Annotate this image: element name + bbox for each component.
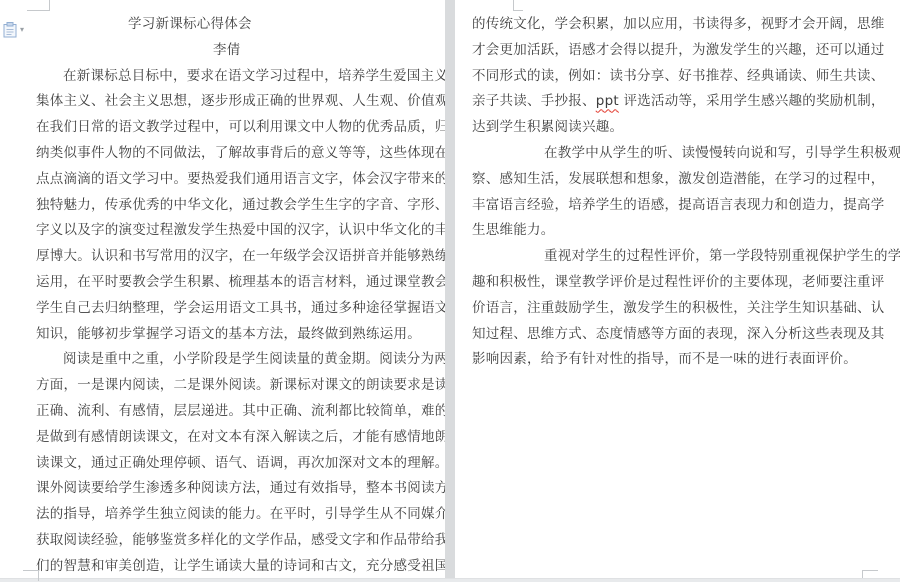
text-line: 重视对学生的过程性评价，第一学段特别重视保护学生的学习兴 — [472, 244, 874, 270]
text-line: 的传统文化，学会积累，加以应用，书读得多，视野才会开阔，思维 — [472, 12, 874, 38]
text-line: 亲子共读、手抄报、ppt 评选活动等，采用学生感兴趣的奖励机制， — [472, 89, 874, 115]
text-line: 才会更加活跃，语感才会得以提升，为激发学生的兴趣，还可以通过 — [472, 38, 874, 64]
text-line: 正确、流利、有感情，层层递进。其中正确、流利都比较简单，难的 — [36, 399, 438, 425]
text-line: 趣和积极性，课堂教学评价是过程性评价的主要体现，老师要注重评 — [472, 270, 874, 296]
text-line: 生思维能力。 — [472, 218, 874, 244]
chevron-down-icon: ▾ — [20, 26, 24, 34]
text-line: 影响因素，给予有针对性的指导，而不是一味的进行表面评价。 — [472, 347, 874, 373]
paste-options-button[interactable]: ▾ — [1, 21, 26, 39]
text-line: 课外阅读要给学生渗透多种阅读方法，通过有效指导，整本书阅读方 — [36, 476, 438, 502]
text-line: 读课文，通过正确处理停顿、语气、语调，再次加深对文本的理解。 — [36, 451, 438, 477]
text-line: 独特魅力，传承优秀的中华文化，通过教会学生生字的字音、字形、 — [36, 193, 438, 219]
margin-corner-mark — [27, 0, 50, 11]
text-span: 评选活动等，采用学生感兴趣的奖励机制， — [619, 93, 885, 109]
text-line: 在我们日常的语文教学过程中，可以利用课文中人物的优秀品质，归 — [36, 115, 438, 141]
text-line: 知过程、思维方式、态度情感等方面的表现，深入分析这些表现及其 — [472, 322, 874, 348]
text-line: 达到学生积累阅读兴趣。 — [472, 115, 874, 141]
text-line: 获取阅读经验，能够鉴赏多样化的文学作品，感受文字和作品带给我 — [36, 528, 438, 554]
document-viewport: 学习新课标心得体会 李倩 在新课标总目标中，要求在语文学习过程中，培养学生爱国主… — [0, 0, 900, 582]
margin-corner-mark — [23, 570, 39, 581]
page-divider — [445, 0, 455, 578]
text-line: 是做到有感情朗读课文，在对文本有深入解读之后，才能有感情地朗 — [36, 425, 438, 451]
margin-corner-mark — [513, 0, 523, 11]
page-2-lines: 的传统文化，学会积累，加以应用，书读得多，视野才会开阔，思维才会更加活跃，语感才… — [472, 12, 874, 373]
text-line: 方面，一是课内阅读，二是课外阅读。新课标对课文的朗读要求是读 — [36, 373, 438, 399]
page-1-lines: 学习新课标心得体会 李倩 在新课标总目标中，要求在语文学习过程中，培养学生爱国主… — [36, 12, 438, 578]
text-line: 阅读是重中之重，小学阶段是学生阅读量的黄金期。阅读分为两 — [36, 347, 438, 373]
text-line: 丰富语言经验，培养学生的语感，提高语言表现力和创造力，提高学 — [472, 193, 874, 219]
text-line: 点点滴滴的语文学习中。要热爱我们通用语言文字，体会汉字带来的 — [36, 167, 438, 193]
margin-corner-mark — [862, 570, 878, 578]
text-line: 在教学中从学生的听、读慢慢转向说和写，引导学生积极观 — [472, 141, 874, 167]
document-title: 学习新课标心得体会 — [36, 12, 438, 38]
text-line: 在新课标总目标中，要求在语文学习过程中，培养学生爱国主义、 — [36, 64, 438, 90]
text-line: 集体主义、社会主义思想，逐步形成正确的世界观、人生观、价值观。 — [36, 89, 438, 115]
text-line: 纳类似事件人物的不同做法，了解故事背后的意义等等，这些体现在 — [36, 141, 438, 167]
text-span: 亲子共读、手抄报、 — [472, 93, 596, 109]
misspelled-word: ppt — [596, 93, 619, 109]
text-line: 知识，能够初步掌握学习语文的基本方法，最终做到熟练运用。 — [36, 322, 438, 348]
text-line: 运用，在平时要教会学生积累、梳理基本的语言材料，通过课堂教会 — [36, 270, 438, 296]
clipboard-paste-icon — [3, 22, 17, 38]
text-line: 厚博大。认识和书写常用的汉字，在一年级学会汉语拼音并能够熟练 — [36, 244, 438, 270]
text-line: 们的智慧和审美创造，让学生诵读大量的诗词和古文，充分感受祖国 — [36, 554, 438, 578]
canvas-bottom-edge — [0, 578, 900, 582]
document-author: 李倩 — [36, 38, 438, 64]
text-line: 价语言，注重鼓励学生，激发学生的积极性，关注学生知识基础、认 — [472, 296, 874, 322]
text-line: 不同形式的读，例如：读书分享、好书推荐、经典诵读、师生共读、 — [472, 64, 874, 90]
text-line: 察、感知生活，发展联想和想象，激发创造潜能，在学习的过程中， — [472, 167, 874, 193]
page-2[interactable]: 的传统文化，学会积累，加以应用，书读得多，视野才会开阔，思维才会更加活跃，语感才… — [455, 0, 900, 578]
text-line: 学生自己去归纳整理，学会运用语文工具书，通过多种途径掌握语文 — [36, 296, 438, 322]
text-line: 法的指导，培养学生独立阅读的能力。在平时，引导学生从不同媒介 — [36, 502, 438, 528]
page-1[interactable]: 学习新课标心得体会 李倩 在新课标总目标中，要求在语文学习过程中，培养学生爱国主… — [0, 0, 445, 578]
text-line: 字义以及字的演变过程激发学生热爱中国的汉字，认识中华文化的丰 — [36, 218, 438, 244]
